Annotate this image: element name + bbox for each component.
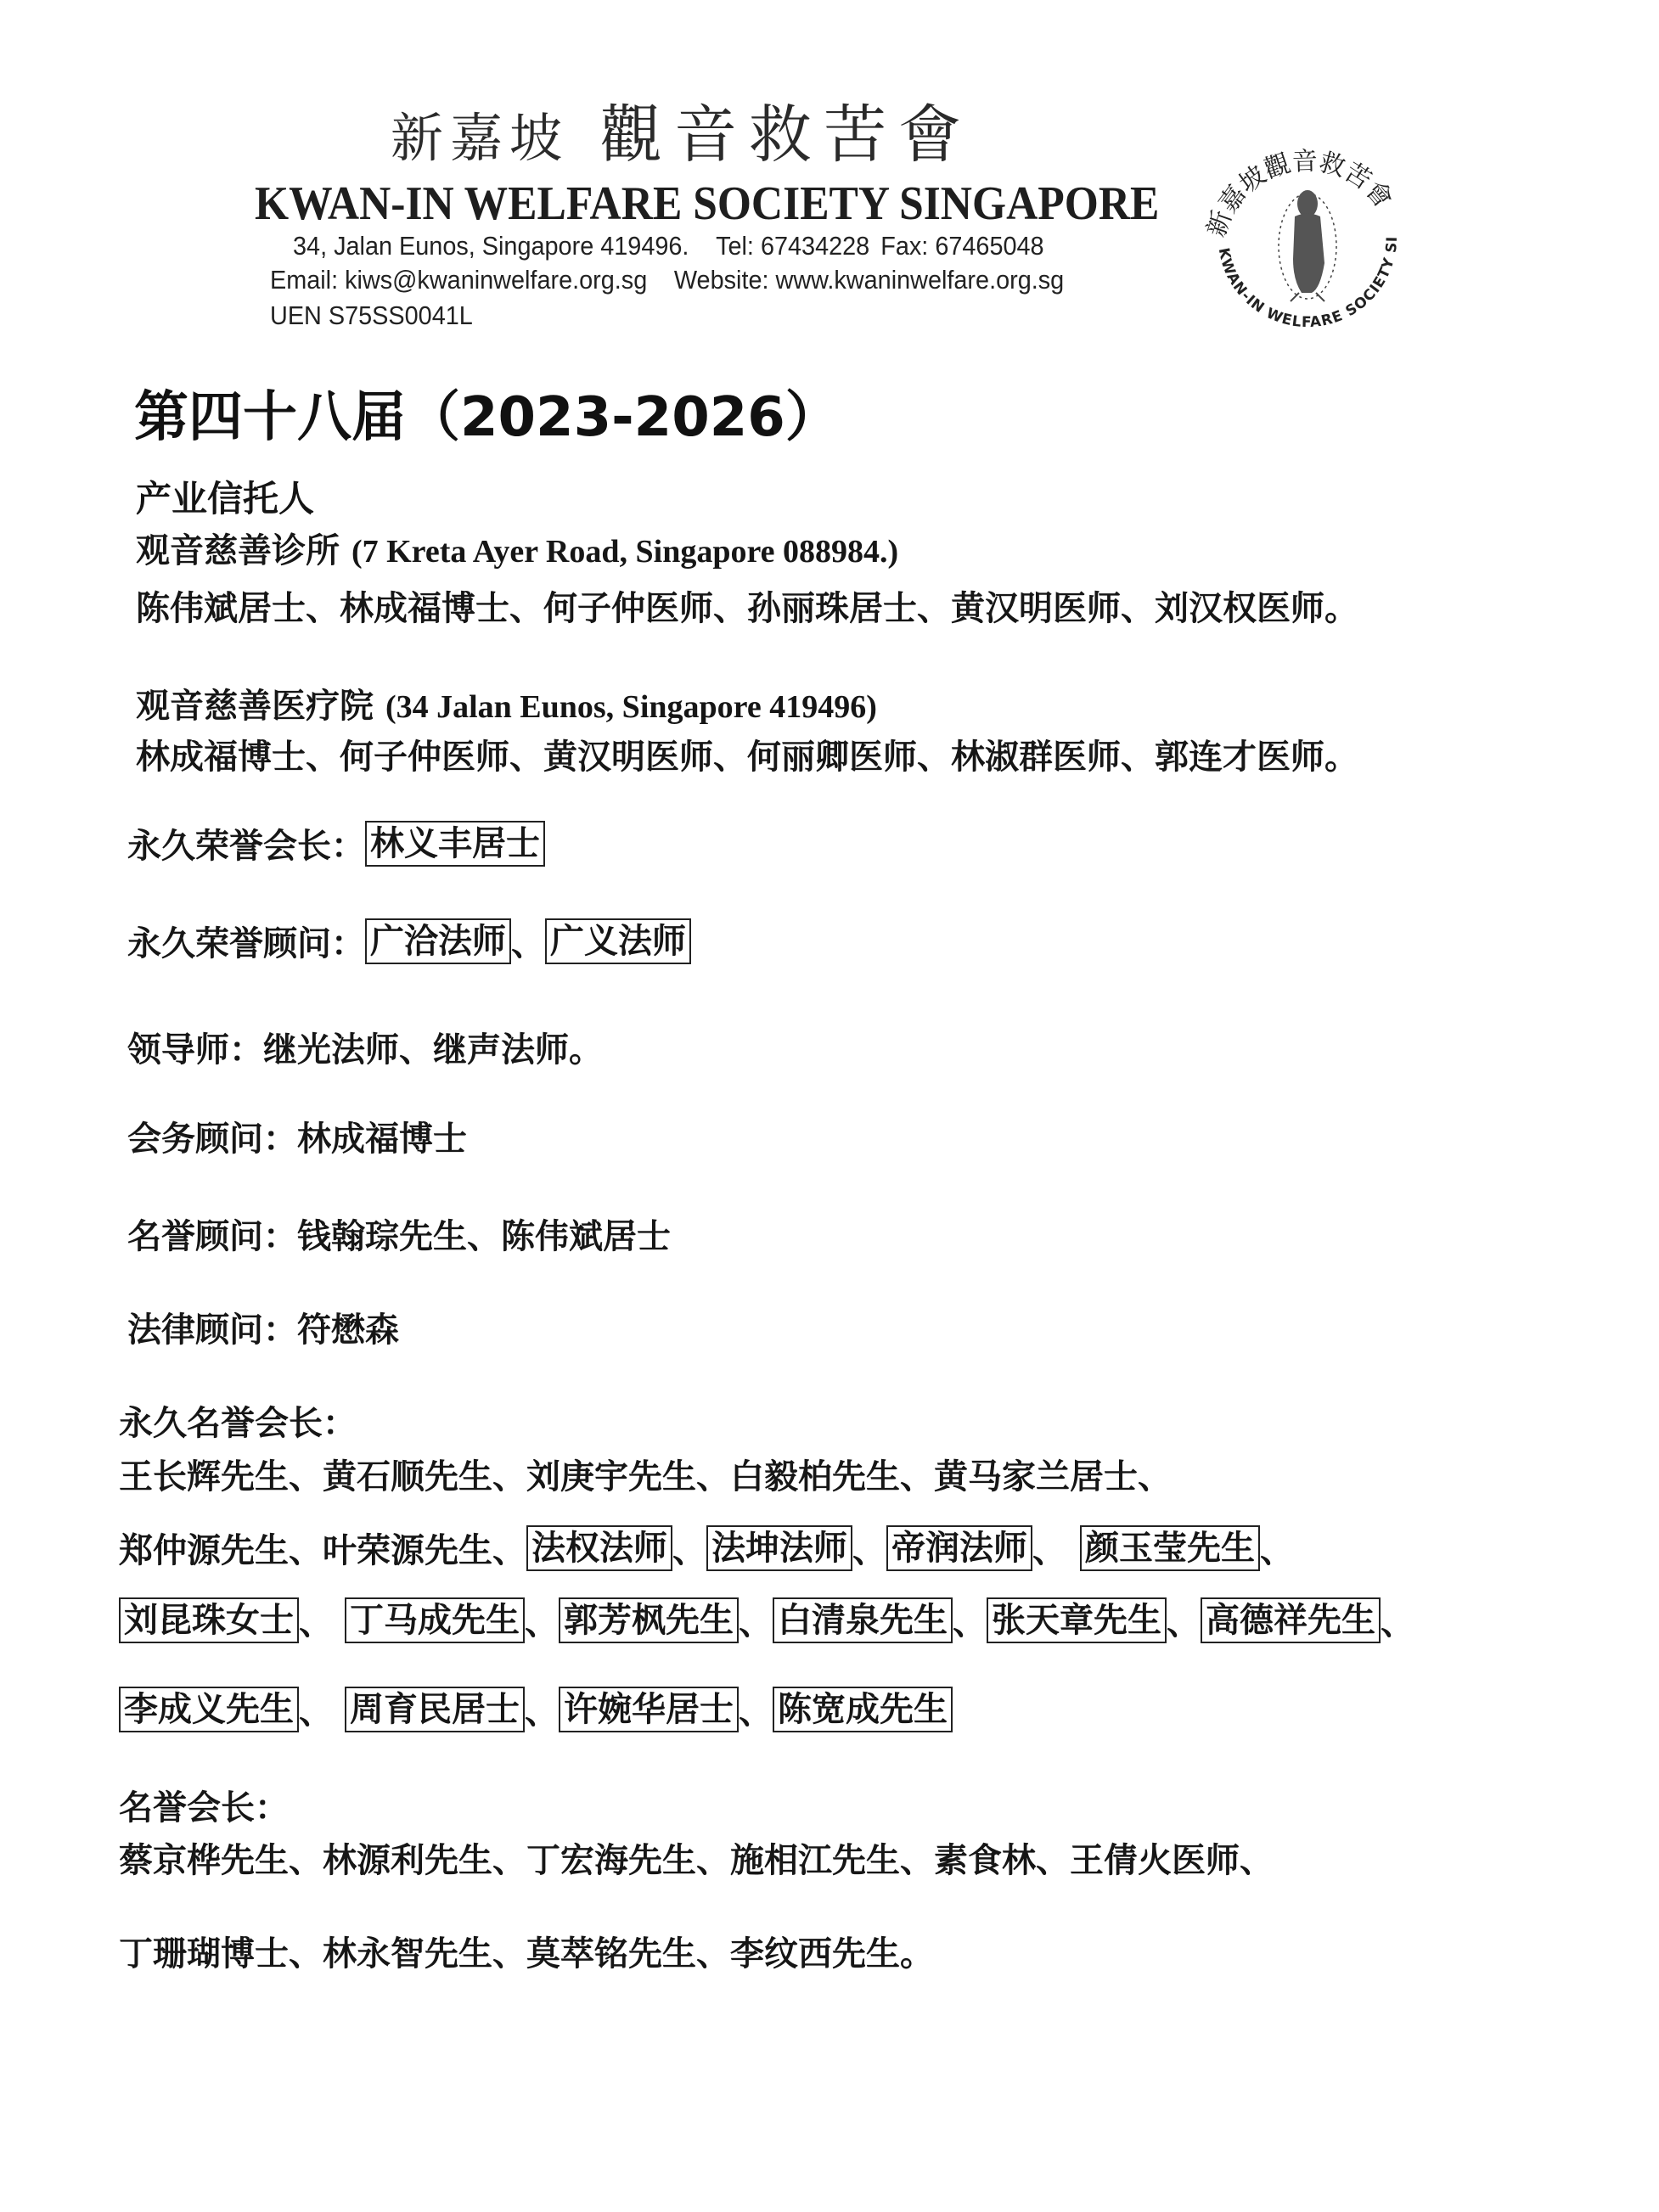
legal-advisor-label: 法律顾问：	[127, 1311, 297, 1350]
separator: 、	[1032, 1524, 1066, 1572]
separator: 、	[672, 1524, 706, 1572]
boxed-name: 林义丰居士	[365, 821, 545, 867]
plain-names: 郑仲源先生、叶荣源先生、	[119, 1524, 526, 1572]
separator: 、	[1260, 1524, 1294, 1572]
legal-advisor-value: 符懋森	[297, 1311, 399, 1350]
separator: 、	[852, 1524, 886, 1572]
perm-hon-chairmen-line3: 刘昆珠女士、 丁马成先生、 郭芳枫先生、 白清泉先生、 张天章先生、 高德祥先生…	[119, 1596, 1414, 1644]
boxed-name: 丁马成先生	[345, 1597, 525, 1643]
hospital-address: (34 Jalan Eunos, Singapore 419496)	[385, 689, 877, 725]
fax: Fax: 67465048	[880, 231, 1043, 261]
society-advisor-label: 会务顾问：	[127, 1120, 297, 1159]
uen: UEN S75SS0041L	[270, 300, 473, 331]
address: 34, Jalan Eunos, Singapore 419496.	[293, 231, 689, 261]
hon-advisor-row: 名誉顾问：钱翰琮先生、陈伟斌居士	[127, 1210, 671, 1258]
trustees-heading: 产业信托人	[136, 471, 314, 522]
separator: 、	[511, 917, 545, 965]
boxed-name: 广洽法师	[365, 918, 511, 964]
org-name-english: KWAN-IN WELFARE SOCIETY SINGAPORE	[255, 177, 1159, 231]
separator: 、	[1381, 1596, 1414, 1644]
term-title: 第四十八届（2023-2026）	[134, 373, 840, 452]
clinic-name: 观音慈善诊所	[136, 531, 340, 570]
boxed-name: 李成义先生	[119, 1687, 299, 1732]
boxed-name: 帝润法师	[886, 1525, 1032, 1571]
spiritual-mentor-value: 继光法师、继声法师。	[263, 1030, 603, 1070]
telephone: Tel: 67434228	[716, 231, 869, 261]
society-advisor-value: 林成福博士	[297, 1120, 467, 1159]
perm-hon-president-label: 永久荣誉会长：	[127, 819, 365, 867]
hon-chairmen-heading: 名誉会长：	[119, 1781, 289, 1829]
boxed-name: 白清泉先生	[773, 1597, 953, 1643]
spiritual-mentor-row: 领导师：继光法师、继声法师。	[127, 1023, 603, 1071]
boxed-name: 陈宽成先生	[773, 1687, 953, 1732]
letterhead-chinese-name: 新嘉坡觀音救苦會	[391, 85, 973, 175]
perm-hon-chairmen-heading: 永久名誉会长：	[119, 1396, 357, 1445]
boxed-name: 张天章先生	[987, 1597, 1167, 1643]
perm-hon-chairmen-line2: 郑仲源先生、叶荣源先生、 法权法师、 法坤法师、 帝润法师、 颜玉莹先生、	[119, 1524, 1294, 1572]
letterhead-org-cn: 觀音救苦會	[599, 98, 973, 171]
legal-advisor-row: 法律顾问：符懋森	[127, 1303, 399, 1351]
clinic-address: (7 Kreta Ayer Road, Singapore 088984.)	[351, 534, 898, 570]
website: Website: www.kwaninwelfare.org.sg	[674, 265, 1064, 295]
perm-hon-president-row: 永久荣誉会长： 林义丰居士	[127, 819, 545, 867]
clinic-title: 观音慈善诊所 (7 Kreta Ayer Road, Singapore 088…	[136, 524, 898, 572]
clinic-trustees: 陈伟斌居士、林成福博士、何子仲医师、孙丽珠居士、黄汉明医师、刘汉权医师。	[136, 581, 1358, 630]
hospital-name: 观音慈善医疗院	[136, 687, 374, 726]
hon-chairmen-line2: 丁珊瑚博士、林永智先生、莫萃铭先生、李纹西先生。	[119, 1927, 934, 1975]
letterhead-place: 新嘉坡	[391, 107, 569, 169]
hon-advisor-label: 名誉顾问：	[127, 1217, 297, 1256]
separator: 、	[953, 1596, 987, 1644]
email: Email: kiws@kwaninwelfare.org.sg	[270, 265, 647, 295]
boxed-name: 高德祥先生	[1201, 1597, 1381, 1643]
boxed-name: 许婉华居士	[559, 1687, 739, 1732]
boxed-name: 周育民居士	[345, 1687, 525, 1732]
separator: 、	[525, 1596, 559, 1644]
hon-chairmen-line1: 蔡京桦先生、林源利先生、丁宏海先生、施相江先生、素食林、王倩火医师、	[119, 1833, 1274, 1882]
contact-line-address: 34, Jalan Eunos, Singapore 419496.Tel: 6…	[293, 231, 1044, 261]
contact-line-email: Email: kiws@kwaninwelfare.org.sgWebsite:…	[270, 265, 1064, 295]
hospital-trustees: 林成福博士、何子仲医师、黄汉明医师、何丽卿医师、林淑群医师、郭连才医师。	[136, 730, 1358, 778]
boxed-name: 广义法师	[545, 918, 691, 964]
perm-hon-advisor-row: 永久荣誉顾问： 广洽法师、广义法师	[127, 917, 691, 965]
perm-hon-advisor-label: 永久荣誉顾问：	[127, 917, 365, 965]
separator: 、	[299, 1596, 333, 1644]
spiritual-mentor-label: 领导师：	[127, 1030, 263, 1070]
boxed-name: 刘昆珠女士	[119, 1597, 299, 1643]
society-logo-seal: 新嘉坡觀音救苦會 KWAN-IN WELFARE SOCIETY SINGAPO…	[1184, 119, 1431, 365]
guanyin-figure-icon: 新嘉坡觀音救苦會 KWAN-IN WELFARE SOCIETY SINGAPO…	[1184, 119, 1431, 365]
separator: 、	[525, 1685, 559, 1733]
boxed-name: 法权法师	[526, 1525, 672, 1571]
boxed-name: 颜玉莹先生	[1080, 1525, 1260, 1571]
separator: 、	[739, 1596, 773, 1644]
separator: 、	[1167, 1596, 1201, 1644]
perm-hon-chairmen-line1: 王长辉先生、黄石顺先生、刘庚宇先生、白毅柏先生、黄马家兰居士、	[119, 1450, 1172, 1498]
boxed-name: 郭芳枫先生	[559, 1597, 739, 1643]
society-advisor-row: 会务顾问：林成福博士	[127, 1112, 467, 1160]
perm-hon-chairmen-line4: 李成义先生、 周育民居士、 许婉华居士、 陈宽成先生	[119, 1685, 953, 1733]
hon-advisor-value: 钱翰琮先生、陈伟斌居士	[297, 1217, 671, 1256]
separator: 、	[299, 1685, 333, 1733]
separator: 、	[739, 1685, 773, 1733]
hospital-title: 观音慈善医疗院 (34 Jalan Eunos, Singapore 41949…	[136, 679, 877, 727]
boxed-name: 法坤法师	[706, 1525, 852, 1571]
